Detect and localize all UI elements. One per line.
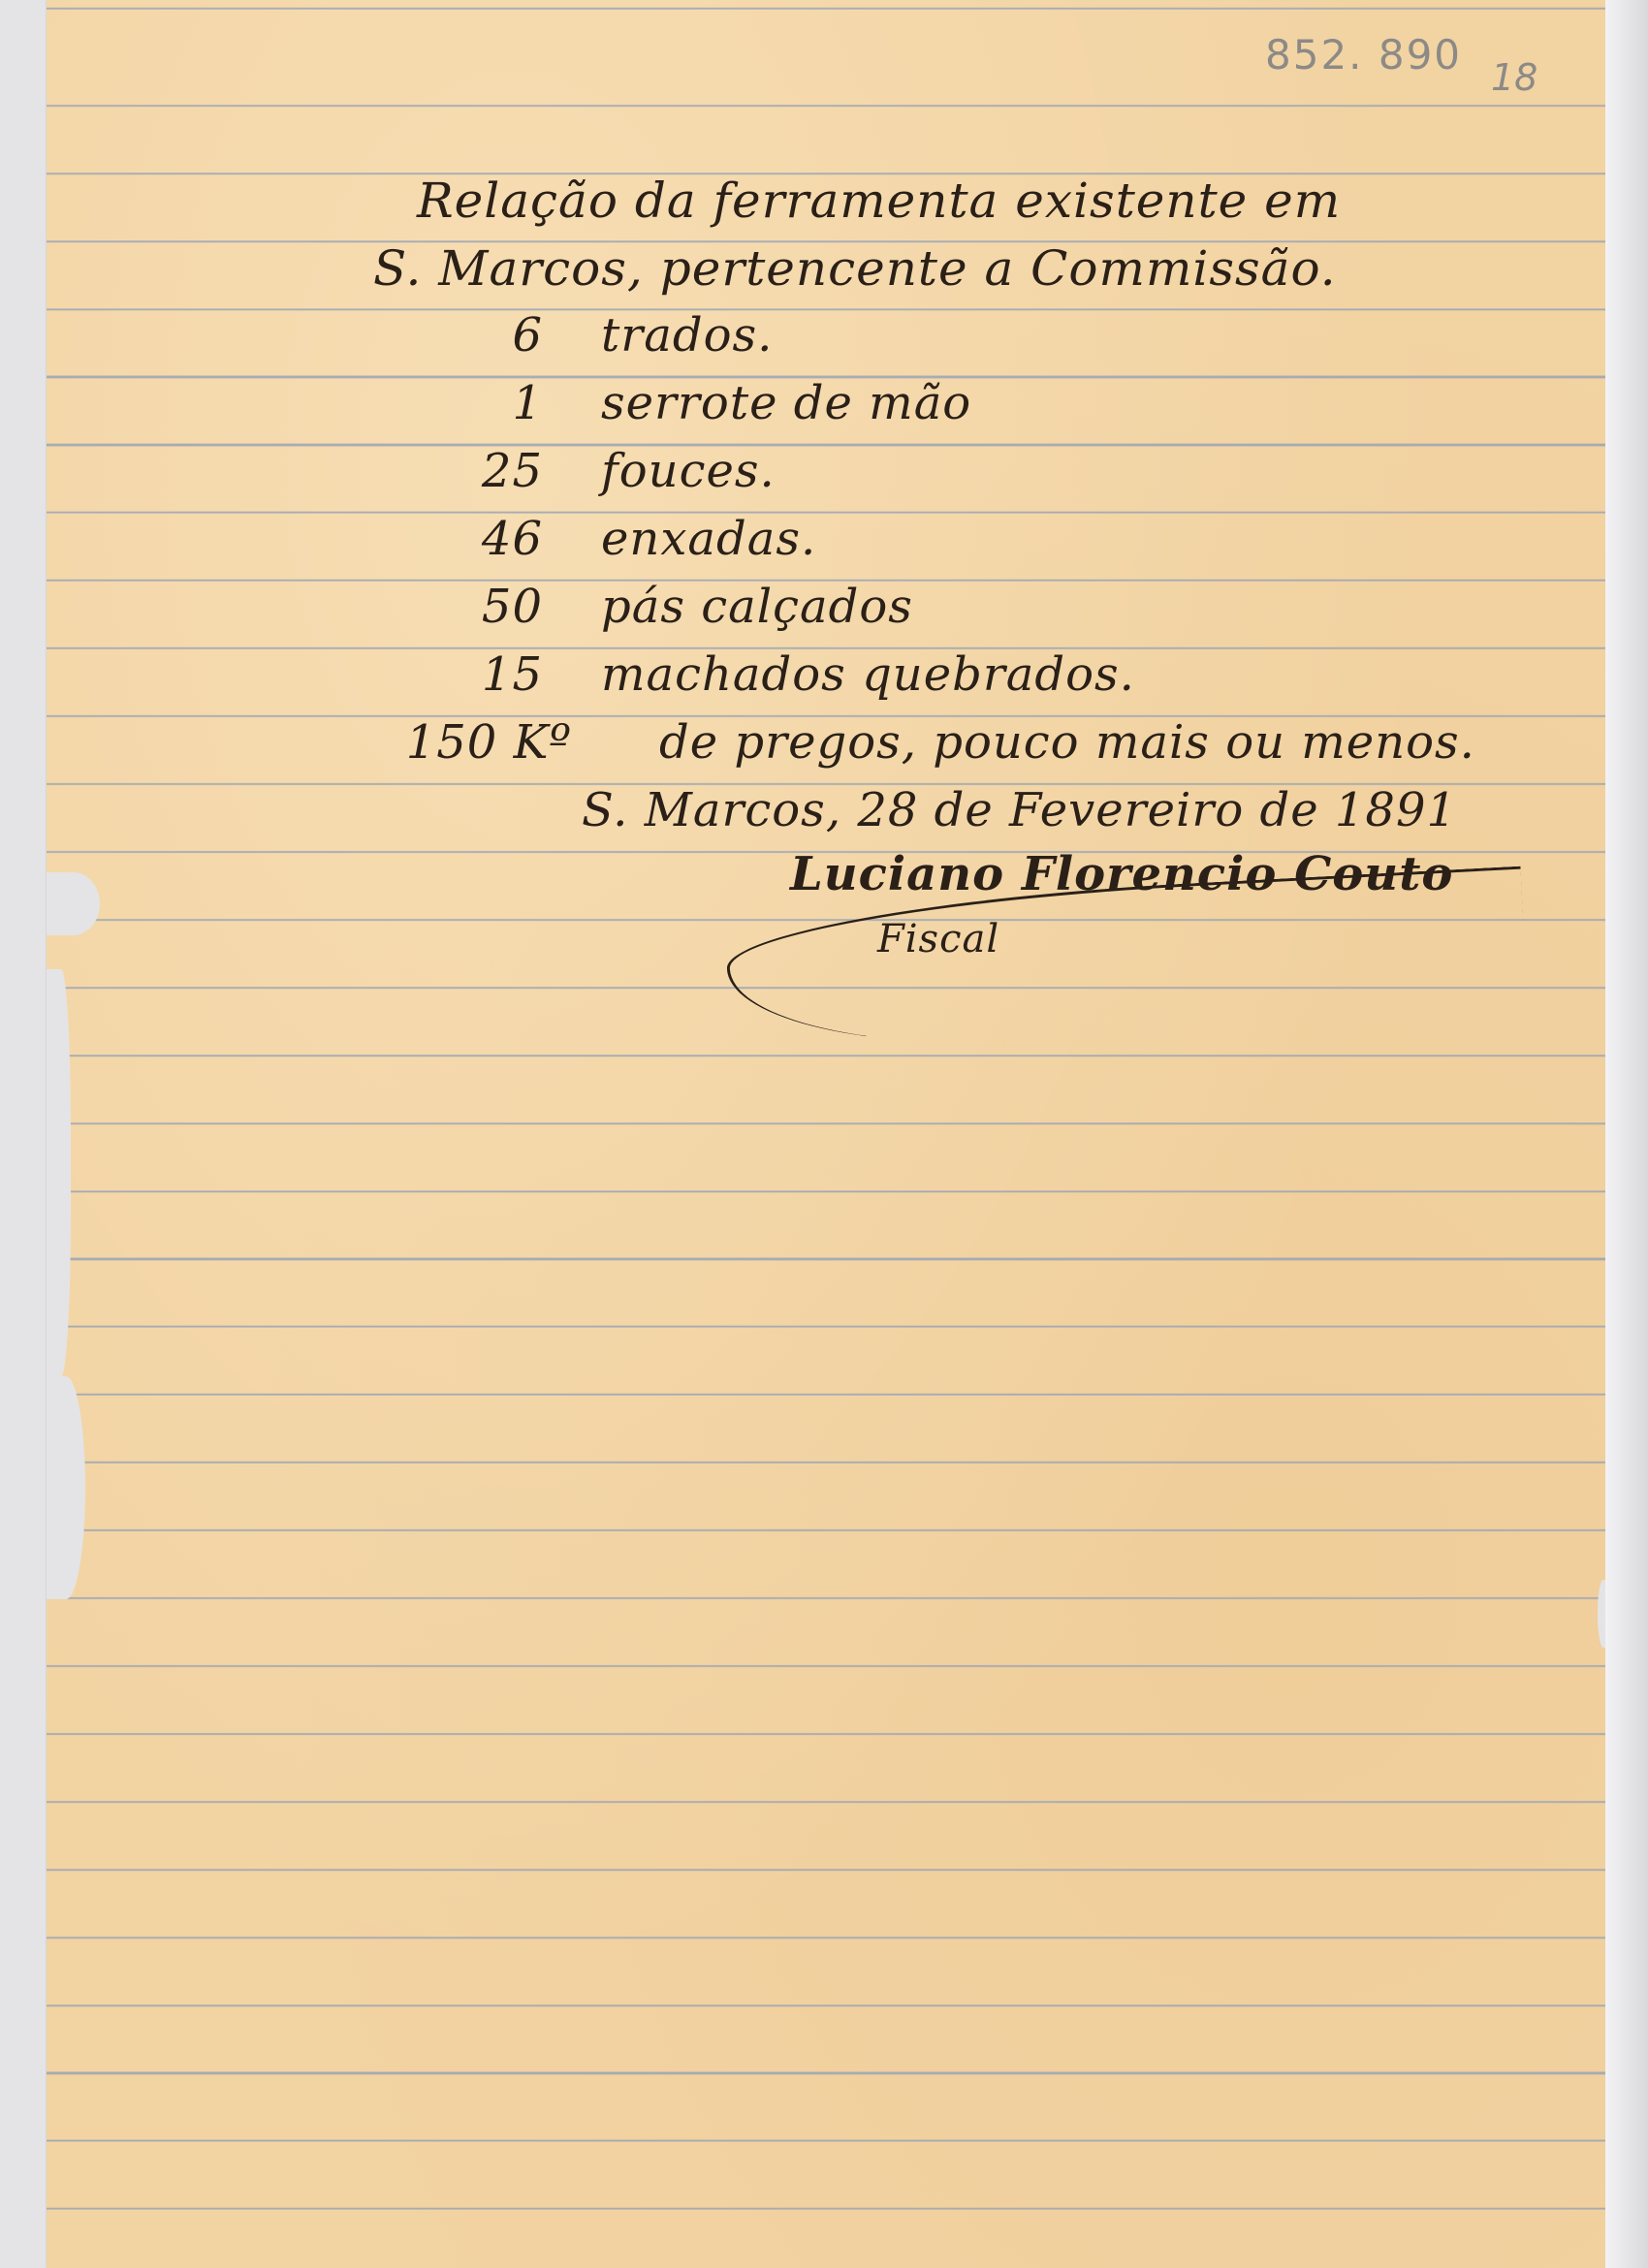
title-line-1: Relação da ferramenta existente em (417, 173, 1341, 229)
item-description: fouces. (601, 444, 776, 498)
title-line-2: S. Marcos, pertencente a Commissão. (373, 240, 1337, 297)
signature-title: Fiscal (877, 917, 999, 961)
torn-edge (47, 1376, 85, 1599)
item-description: enxadas. (601, 512, 816, 566)
item-quantity: 46 (359, 512, 543, 566)
folio-number: 18 (1491, 56, 1537, 99)
item-quantity: 6 (359, 308, 543, 362)
item-quantity: 25 (359, 444, 543, 498)
item-quantity: 50 (359, 580, 543, 634)
manuscript-page (47, 0, 1605, 2268)
item-quantity: 150 Kº (330, 715, 572, 770)
item-description: de pregos, pouco mais ou menos. (659, 715, 1475, 770)
item-description: trados. (601, 308, 773, 362)
place-and-date: S. Marcos, 28 de Fevereiro de 1891 (582, 783, 1457, 837)
item-quantity: 15 (359, 647, 543, 702)
item-quantity: 1 (359, 376, 543, 430)
torn-edge (47, 969, 71, 1376)
torn-edge (47, 872, 100, 935)
scan-background-edge (1605, 0, 1648, 2268)
item-description: pás calçados (601, 580, 913, 634)
item-description: serrote de mão (601, 376, 971, 430)
item-description: machados quebrados. (601, 647, 1135, 702)
archive-reference: 852. 890 (1265, 31, 1462, 79)
